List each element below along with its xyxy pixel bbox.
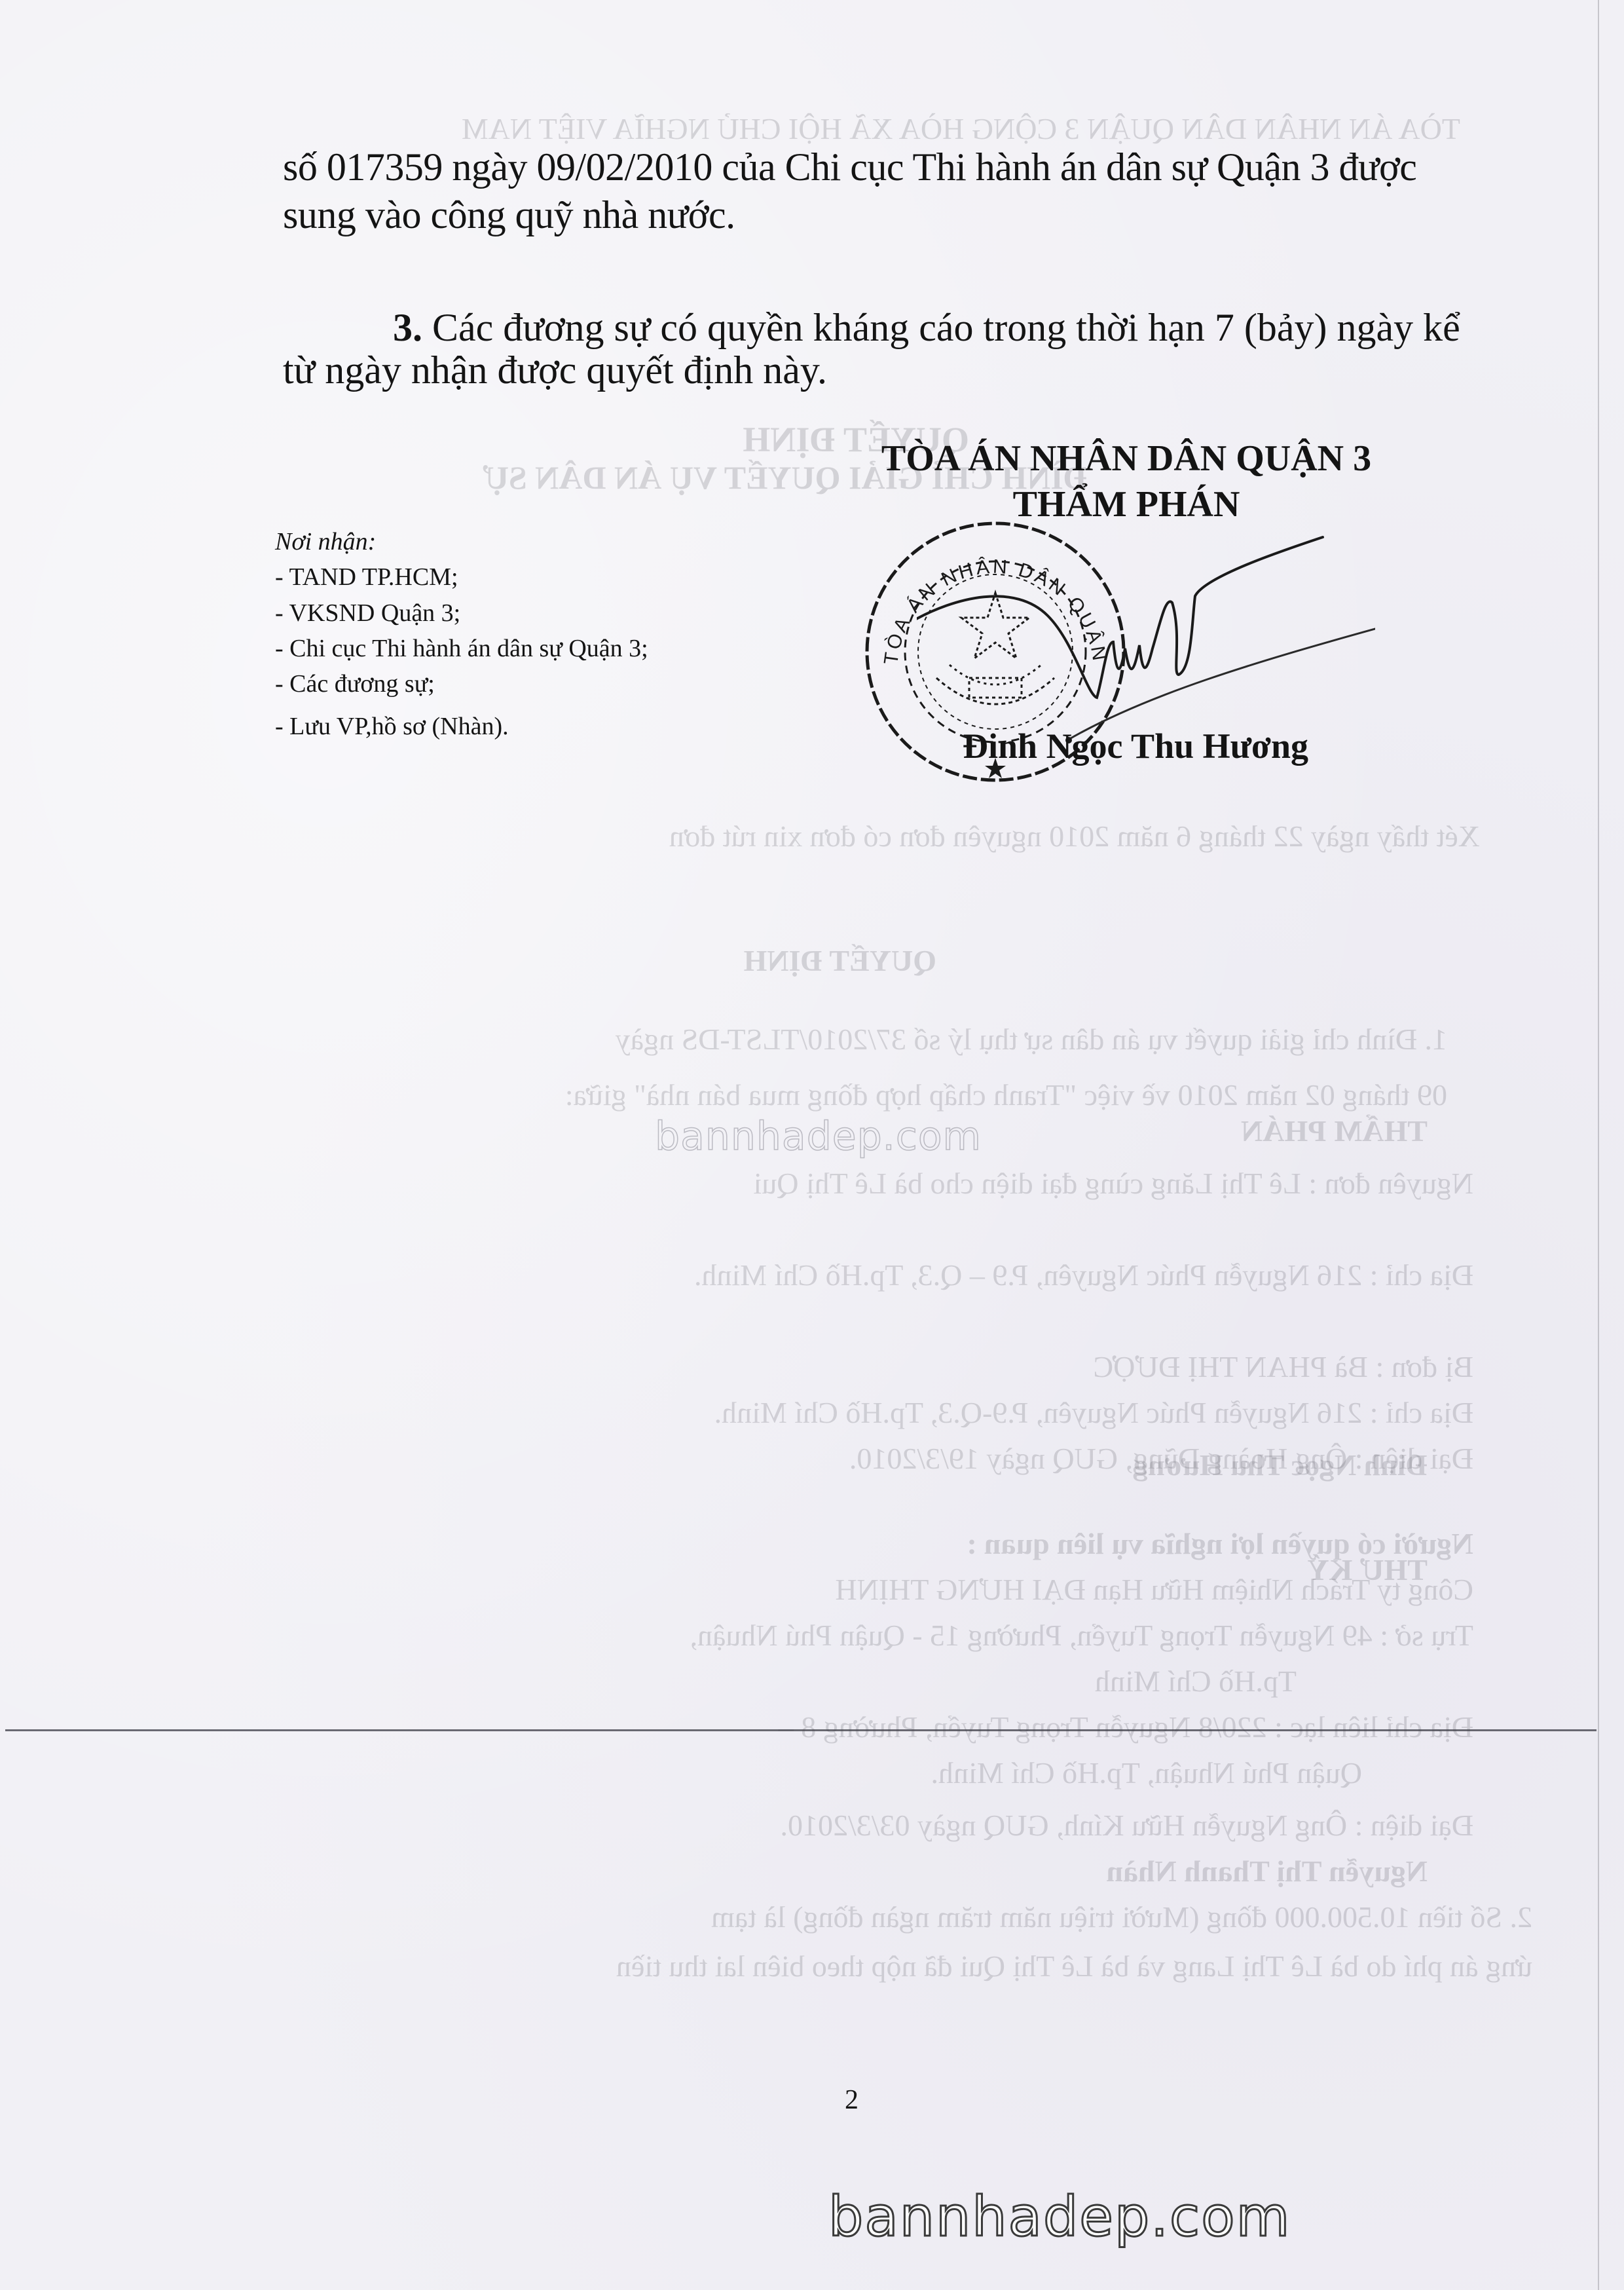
paragraph-continuation-line-1: số 017359 ngày 09/02/2010 của Chi cục Th… [283, 147, 1416, 187]
recipients-list: Nơi nhận: - TAND TP.HCM; - VKSND Quận 3;… [275, 524, 648, 744]
page-edge [1598, 0, 1599, 2290]
paragraph-continuation-line-2: sung vào công quỹ nhà nước. [283, 195, 735, 235]
watermark-bottom: bannhadep.com [828, 2185, 1291, 2249]
recipients-title: Nơi nhận: [275, 524, 648, 559]
watermark-center: bannhadep.com [655, 1114, 982, 1159]
page-number: 2 [845, 2084, 858, 2116]
bleed-horizontal-rule [5, 1729, 1596, 1731]
court-name: TÒA ÁN NHÂN DÂN QUẬN 3 [877, 436, 1375, 481]
signer-name: Đinh Ngọc Thu Hương [963, 726, 1308, 766]
signature-block-heading: TÒA ÁN NHÂN DÂN QUẬN 3 THẨM PHÁN [877, 436, 1375, 527]
recipient-item: - Chi cục Thi hành án dân sự Quận 3; [275, 631, 648, 666]
recipient-item: - TAND TP.HCM; [275, 559, 648, 595]
clause-3-number: 3. [393, 306, 422, 349]
clause-3-line-1: 3. Các đương sự có quyền kháng cáo trong… [393, 308, 1460, 347]
clause-3-line-2: từ ngày nhận được quyết định này. [283, 350, 827, 390]
recipient-item: - VKSND Quận 3; [275, 595, 648, 631]
recipient-item: - Các đương sự; [275, 666, 648, 702]
recipient-item: - Lưu VP,hồ sơ (Nhàn). [275, 709, 648, 744]
clause-3-text: Các đương sự có quyền kháng cáo trong th… [422, 306, 1460, 349]
